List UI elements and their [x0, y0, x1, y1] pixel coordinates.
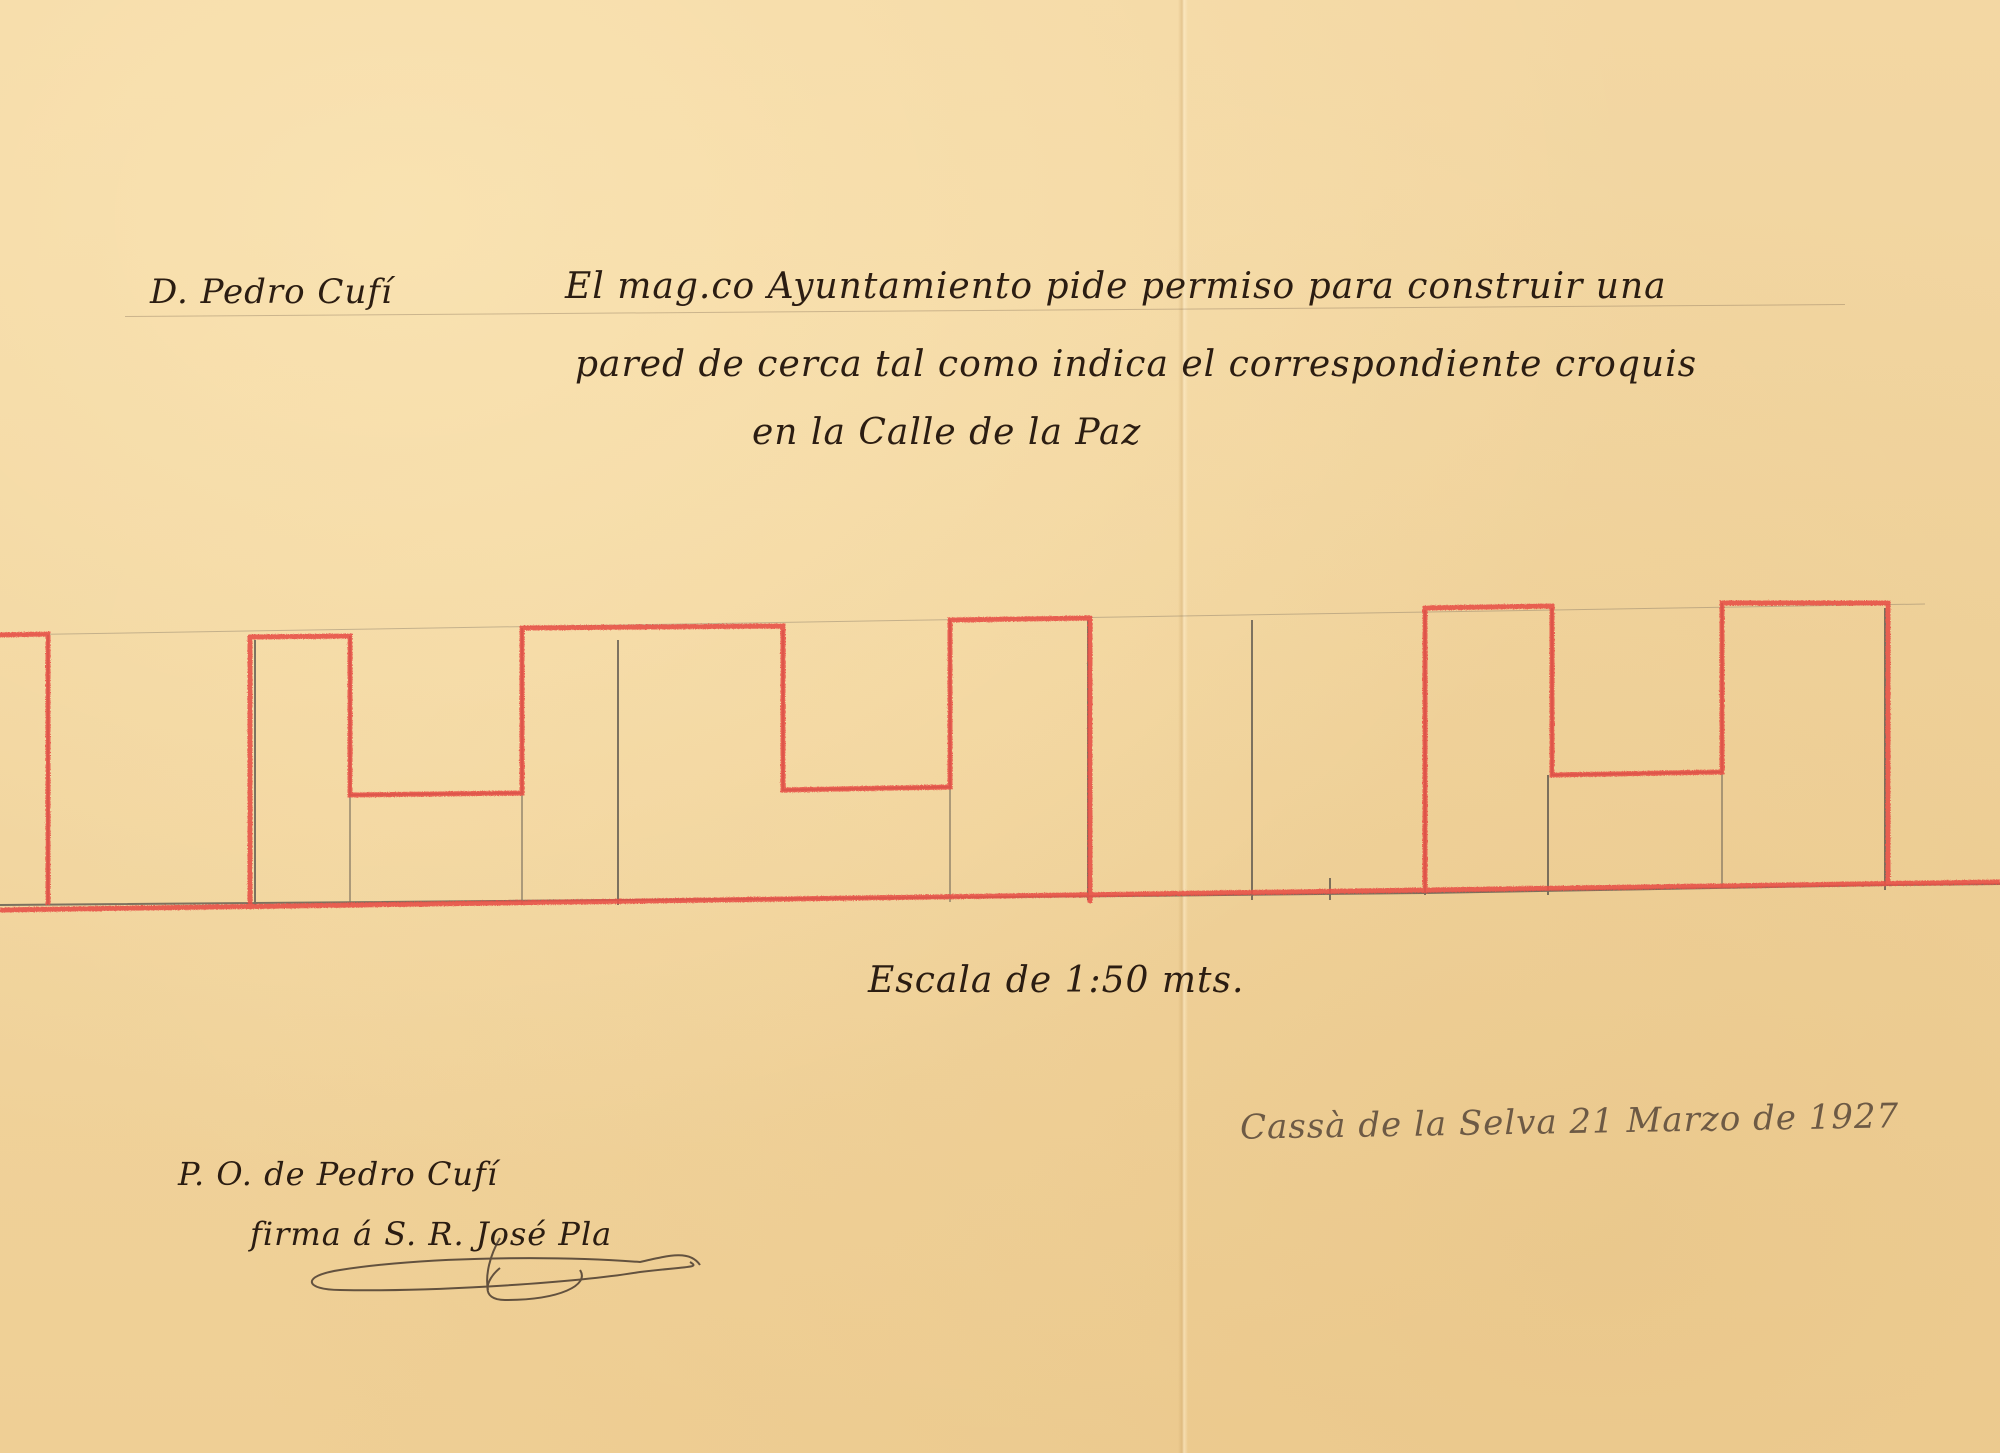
signature-flourish [0, 0, 2000, 1453]
